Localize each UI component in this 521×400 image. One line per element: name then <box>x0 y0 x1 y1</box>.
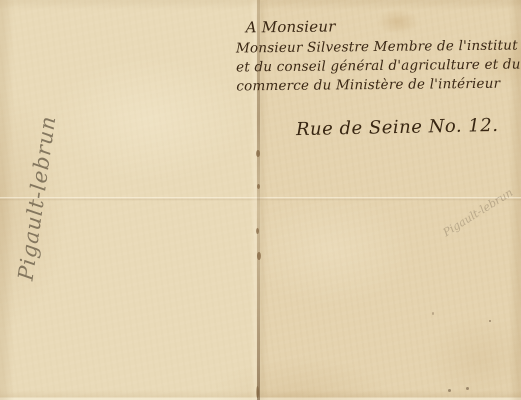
letter-scan: A Monsieur Monsieur Silvestre Membre de … <box>0 0 521 400</box>
fold-stain <box>256 386 259 398</box>
fold-stain <box>257 184 260 189</box>
fold-stain <box>256 228 259 234</box>
fold-stain <box>257 252 261 260</box>
horizontal-fold-crease <box>0 197 521 201</box>
address-line-4: commerce du Ministère de l'intérieur <box>236 75 516 97</box>
street-address-line: Rue de Seine No. 12. <box>296 115 499 140</box>
fold-stain <box>256 150 260 157</box>
paper-speck <box>432 312 434 315</box>
paper-speck <box>466 387 469 390</box>
address-block: A Monsieur Monsieur Silvestre Membre de … <box>236 13 517 97</box>
address-line-1: A Monsieur <box>246 13 516 40</box>
paper-speck <box>448 389 451 392</box>
paper-speck <box>489 320 491 322</box>
